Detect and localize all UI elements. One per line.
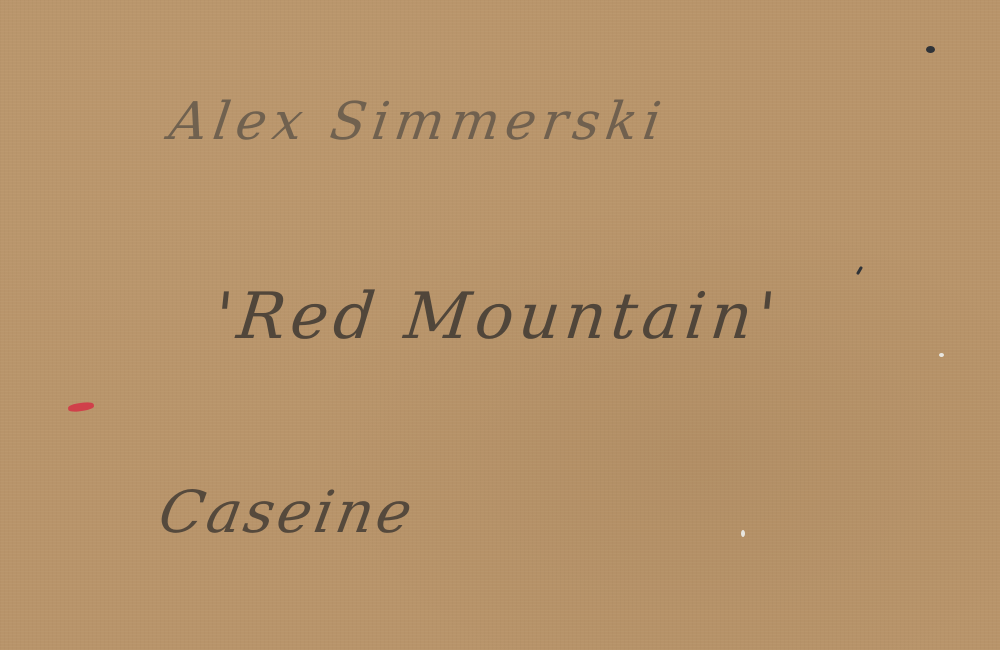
dark-speck: [926, 46, 935, 53]
white-speck: [939, 353, 944, 357]
kraft-paper-background: Alex Simmerski 'Red Mountain' Caseine: [0, 0, 1000, 650]
dark-fiber-speck: [856, 266, 863, 275]
artist-signature: Alex Simmerski: [166, 92, 671, 152]
artwork-medium: Caseine: [154, 478, 420, 546]
artwork-title: 'Red Mountain': [211, 280, 783, 354]
red-paint-speck: [68, 401, 95, 413]
white-speck: [741, 530, 745, 537]
